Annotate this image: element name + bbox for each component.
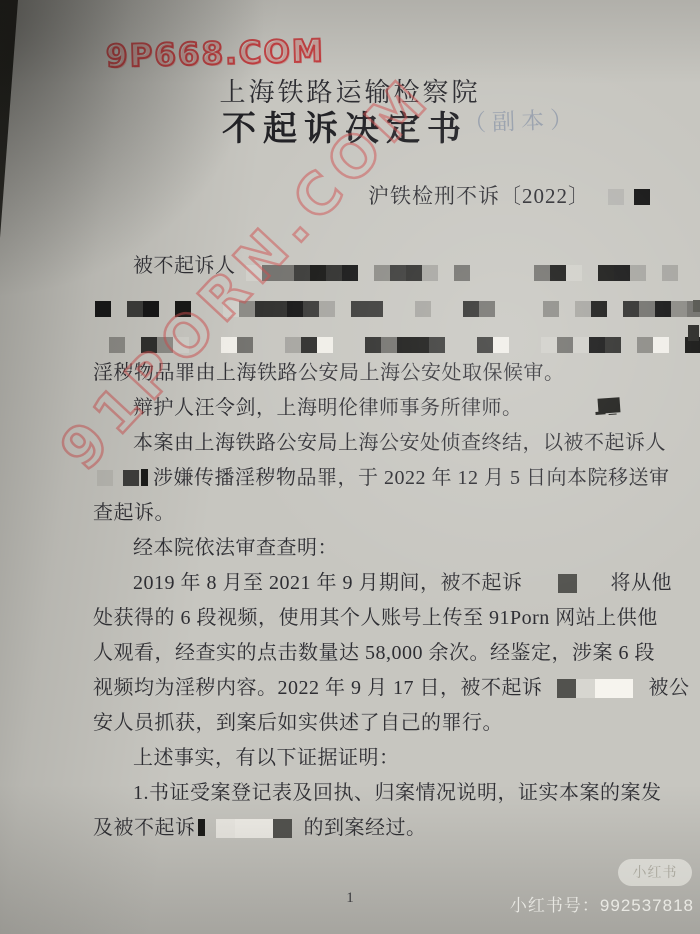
- body-line: 2019 年 8 月至 2021 年 9 月期间，被不起诉将从他: [93, 566, 647, 601]
- redaction-square: [123, 470, 139, 486]
- body-line: 处获得的 6 段视频，使用其个人账号上传至 91Porn 网站上供他: [93, 601, 647, 636]
- edge-partial-glyph: [688, 325, 699, 341]
- body-line-text: 涉嫌传播淫秽物品罪，于 2022 年 12 月 5 日向本院移送审: [153, 467, 670, 489]
- body-line: 视频均为淫秽内容。2022 年 9 月 17 日，被不起诉被公: [93, 671, 647, 706]
- body-line-text: 2019 年 8 月至 2021 年 9 月期间，被不起诉: [133, 572, 523, 594]
- redaction-row: [93, 320, 647, 356]
- redaction-square: [608, 189, 624, 205]
- edge-partial-glyph: [693, 300, 700, 312]
- body-line: 及被不起诉的到案经过。: [93, 811, 647, 846]
- redaction-mosaic: [93, 337, 623, 369]
- body-line: 本案由上海铁路公安局上海公安处侦查终结，以被不起诉人: [93, 426, 647, 461]
- body-line: 辩护人汪令剑，上海明伦律师事务所律师。: [93, 391, 647, 426]
- case-number-prefix: 沪铁检刑不诉〔2022〕: [368, 184, 590, 208]
- corner-watermark: 9P668.COM: [106, 33, 326, 75]
- document-body: 被不起诉人 淫秽物品罪由上海铁路公安局上海公安处取保候审。 辩护人汪令剑，上海明…: [93, 248, 647, 846]
- body-line-text: 视频均为淫秽内容。2022 年 9 月 17 日，被不起诉: [93, 677, 543, 699]
- ink-scribble: [598, 397, 621, 413]
- body-line-defendant: 被不起诉人: [93, 248, 647, 284]
- body-line: 人观看，经查实的点击数量达 58,000 余次。经鉴定，涉案 6 段: [93, 636, 647, 671]
- body-line: 经本院依法审查查明：: [93, 531, 647, 566]
- redaction-mosaic: [216, 819, 294, 838]
- body-line: 涉嫌传播淫秽物品罪，于 2022 年 12 月 5 日向本院移送审: [93, 461, 647, 496]
- redaction-row: [93, 284, 647, 320]
- body-line-text: 将从他: [611, 572, 673, 594]
- redaction-mosaic: [557, 679, 635, 698]
- xiaohongshu-account-id: 小红书号：992537818: [510, 891, 694, 916]
- body-line: 1.书证受案登记表及回执、归案情况说明，证实本案的案发: [93, 776, 647, 811]
- body-line-text: 的到案经过。: [304, 817, 427, 839]
- case-number-line: 沪铁检刑不诉〔2022〕: [368, 180, 650, 210]
- redaction-square: [634, 189, 650, 205]
- partial-glyph-mark: [141, 469, 148, 486]
- partial-glyph-mark: [198, 819, 205, 836]
- body-line: 查起诉。: [93, 496, 647, 531]
- redaction-square: [97, 470, 113, 486]
- document-title: 不起诉决定书: [0, 101, 700, 150]
- redaction-mosaic: [539, 574, 599, 593]
- body-line: 安人员抓获，到案后如实供述了自己的罪行。: [93, 706, 647, 741]
- body-line-text: 及被不起诉: [93, 817, 196, 839]
- body-line-text: 被公: [649, 677, 690, 699]
- copy-label-stamp: （副本）: [462, 101, 579, 138]
- document-photo: 9P668.COM 91PORN.COM 上海铁路运输检察院 不起诉决定书 （副…: [0, 0, 700, 934]
- defendant-label: 被不起诉人: [133, 255, 236, 277]
- xiaohongshu-badge: 小红书: [618, 859, 692, 886]
- body-line: 上述事实，有以下证据证明：: [93, 741, 647, 776]
